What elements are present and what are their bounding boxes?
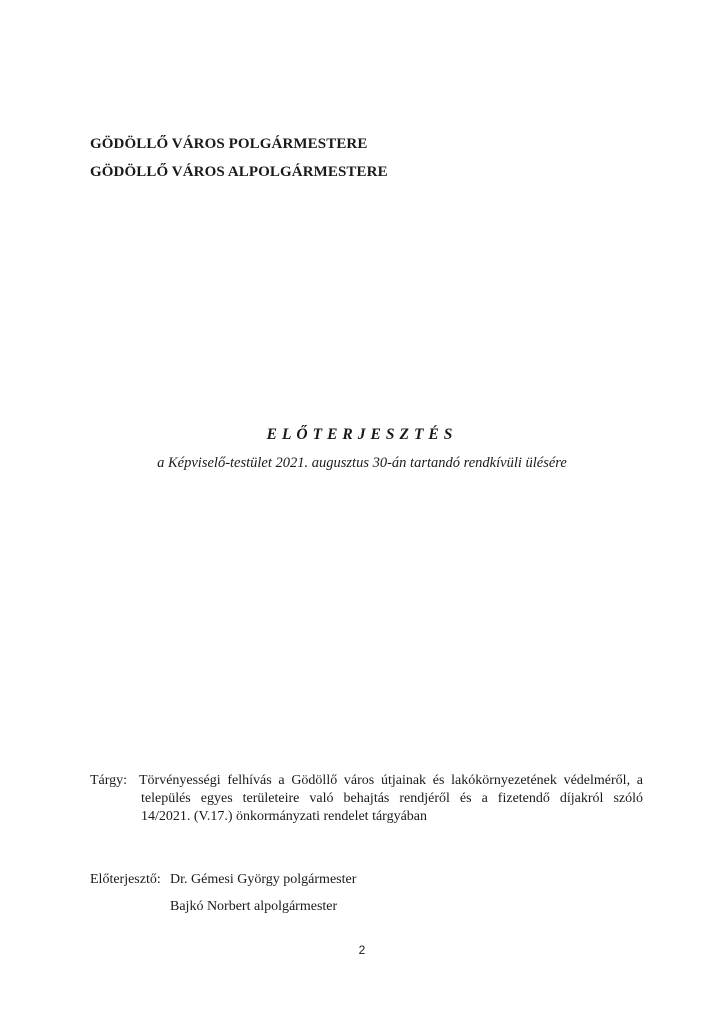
presenter-mayor: Dr. Gémesi György polgármester [170, 872, 356, 888]
document-title: ELŐTERJESZTÉS [0, 426, 724, 444]
presenter-label: Előterjesztő: [90, 872, 161, 888]
presenter-deputy-mayor: Bajkó Norbert alpolgármester [170, 899, 337, 915]
document-subtitle: a Képviselő-testület 2021. augusztus 30-… [0, 455, 724, 472]
issuer-deputy-mayor: GÖDÖLLŐ VÁROS ALPOLGÁRMESTERE [90, 164, 388, 181]
subject-line-2: település egyes területeire való behajtá… [141, 790, 643, 808]
subject-line-1: Törvényességi felhívás a Gödöllő város ú… [139, 772, 643, 790]
page-number: 2 [0, 943, 724, 957]
issuer-mayor: GÖDÖLLŐ VÁROS POLGÁRMESTERE [90, 136, 367, 153]
subject-label: Tárgy: [90, 772, 127, 790]
subject-line-3: 14/2021. (V.17.) önkormányzati rendelet … [141, 808, 643, 826]
subject-continuation: település egyes területeire való behajtá… [141, 790, 643, 826]
